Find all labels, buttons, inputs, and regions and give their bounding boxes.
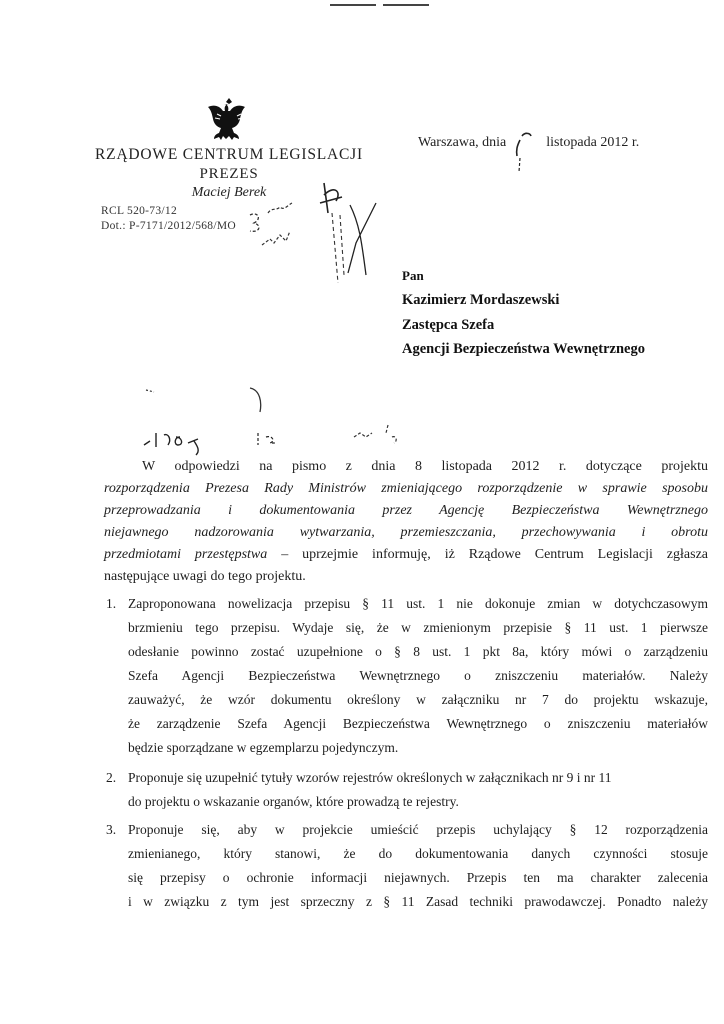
remark-line: zmienianego, który stanowi, że do dokume… [128, 842, 708, 866]
remark-line: się przepisy o ochronie informacji nieja… [128, 866, 708, 890]
date-prefix: Warszawa, dnia [418, 135, 506, 150]
signatory-name: Maciej Berek [88, 185, 370, 201]
polish-eagle-emblem-icon [203, 96, 255, 146]
date-line: Warszawa, dnialistopada 2012 r. [418, 135, 639, 151]
remarks-list: 1. Zaproponowana nowelizacja przepisu § … [104, 592, 708, 914]
remark-line: Proponuje się, aby w projekcie umieścić … [128, 818, 708, 842]
remark-line: Szefa Agencji Bezpieczeństwa Wewnętrzneg… [128, 664, 708, 688]
scan-edge-line [383, 4, 429, 6]
handwritten-note [140, 385, 440, 460]
act-title-italic: przedmiotami przestępstwa [104, 547, 267, 562]
paragraph-line: przeprowadzania i dokumentowania przez A… [104, 500, 708, 522]
remark-item-2: 2. Proponuje się uzupełnić tytuły wzorów… [104, 766, 708, 814]
remark-line: brzmieniu tego przepisu. Wydaje się, że … [128, 616, 708, 640]
organization-name: RZĄDOWE CENTRUM LEGISLACJI [88, 146, 370, 164]
paragraph-line: przedmiotami przestępstwa – uprzejmie in… [104, 544, 708, 566]
remark-item-3: 3. Proponuje się, aby w projekcie umieśc… [104, 818, 708, 914]
remark-number: 1. [106, 592, 116, 616]
paragraph-line: W odpowiedzi na pismo z dnia 8 listopada… [104, 456, 708, 478]
paragraph-text: – uprzejmie informuję, iż Rządowe Centru… [267, 547, 708, 562]
scan-edge-line [330, 4, 376, 6]
remark-number: 2. [106, 766, 116, 790]
remark-line: zauważyć, że wzór dokumentu określony w … [128, 688, 708, 712]
reference-rcl: RCL 520-73/12 [101, 205, 177, 217]
remark-line: Proponuje się uzupełnić tytuły wzorów re… [128, 766, 708, 790]
recipient-agency: Agencji Bezpieczeństwa Wewnętrznego [402, 341, 645, 358]
remark-item-1: 1. Zaproponowana nowelizacja przepisu § … [104, 592, 708, 760]
remark-line: że zarządzenie Szefa Agencji Bezpieczeńs… [128, 712, 708, 736]
remark-number: 3. [106, 818, 116, 842]
intro-paragraph: W odpowiedzi na pismo z dnia 8 listopada… [104, 456, 708, 588]
recipient-salutation: Pan [402, 268, 424, 284]
paragraph-line: niejawnego nadzorowania wytwarzania, prz… [104, 522, 708, 544]
position-title: PREZES [88, 166, 370, 183]
paragraph-line: rozporządzenia Prezesa Rady Ministrów zm… [104, 478, 708, 500]
paragraph-line: następujące uwagi do tego projektu. [104, 566, 708, 588]
remark-line: Zaproponowana nowelizacja przepisu § 11 … [128, 592, 708, 616]
recipient-name: Kazimierz Mordaszewski [402, 292, 559, 309]
date-suffix: listopada 2012 r. [546, 135, 639, 150]
remark-line: odesłanie powinno zostać uzupełnione o §… [128, 640, 708, 664]
remark-line: do projektu o wskazanie organów, które p… [128, 790, 708, 814]
remark-line: i w związku z tym jest sprzeczny z § 11 … [128, 890, 708, 914]
reference-dot: Dot.: P-7171/2012/568/MO [101, 220, 236, 232]
recipient-title: Zastępca Szefa [402, 317, 494, 334]
remark-line: będzie sporządzane w egzemplarzu pojedyn… [128, 736, 708, 760]
